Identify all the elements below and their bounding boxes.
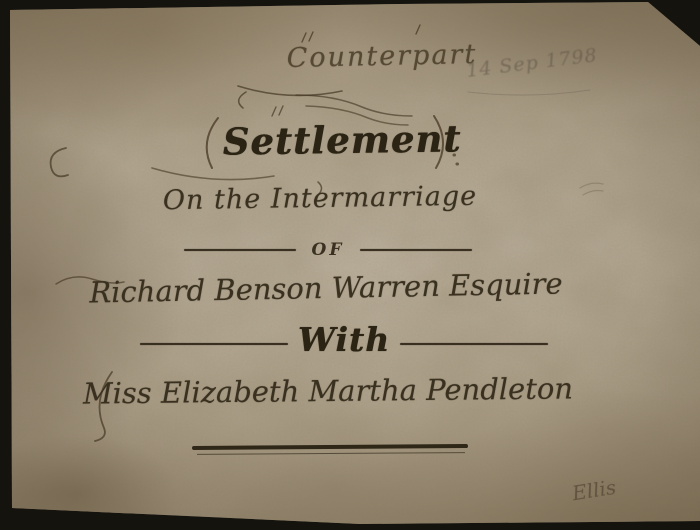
flourish-counterpart-underswash: [238, 86, 342, 95]
bottom-rule-thick: [192, 444, 468, 449]
of-divider: OF: [0, 240, 678, 260]
subtitle-intermarriage: On the Intermarriage: [0, 178, 670, 219]
flourish-date-underline: [468, 90, 590, 95]
of-rule-left: [184, 249, 296, 251]
title-settlement: Settlement: [0, 113, 692, 167]
with-divider: With: [0, 324, 694, 363]
flourish-counterpart-wave1: [296, 95, 412, 116]
document-photo: Counterpart 14 Sep 1798 Settlement On th…: [0, 0, 700, 530]
flourish-counterpart-quote-left: [302, 32, 313, 42]
flourish-settlement-underswash: [152, 168, 274, 180]
of-rule-right: [360, 249, 472, 251]
flourish-counterpart-curl: [239, 92, 246, 108]
bride-name: Miss Elizabeth Martha Pendleton: [0, 370, 678, 411]
with-rule-left: [140, 343, 288, 345]
flourish-counterpart-quote-right: [416, 25, 420, 34]
with-label: With: [298, 320, 390, 359]
signature-ellis: Ellis: [570, 475, 617, 506]
parchment-sheet: Counterpart 14 Sep 1798 Settlement On th…: [0, 0, 700, 530]
with-rule-right: [400, 343, 548, 345]
groom-name: Richard Benson Warren Esquire: [0, 264, 676, 311]
of-label: OF: [312, 240, 345, 260]
flourish-settlement-quote: [272, 106, 283, 116]
bottom-rule-thin: [197, 452, 465, 455]
